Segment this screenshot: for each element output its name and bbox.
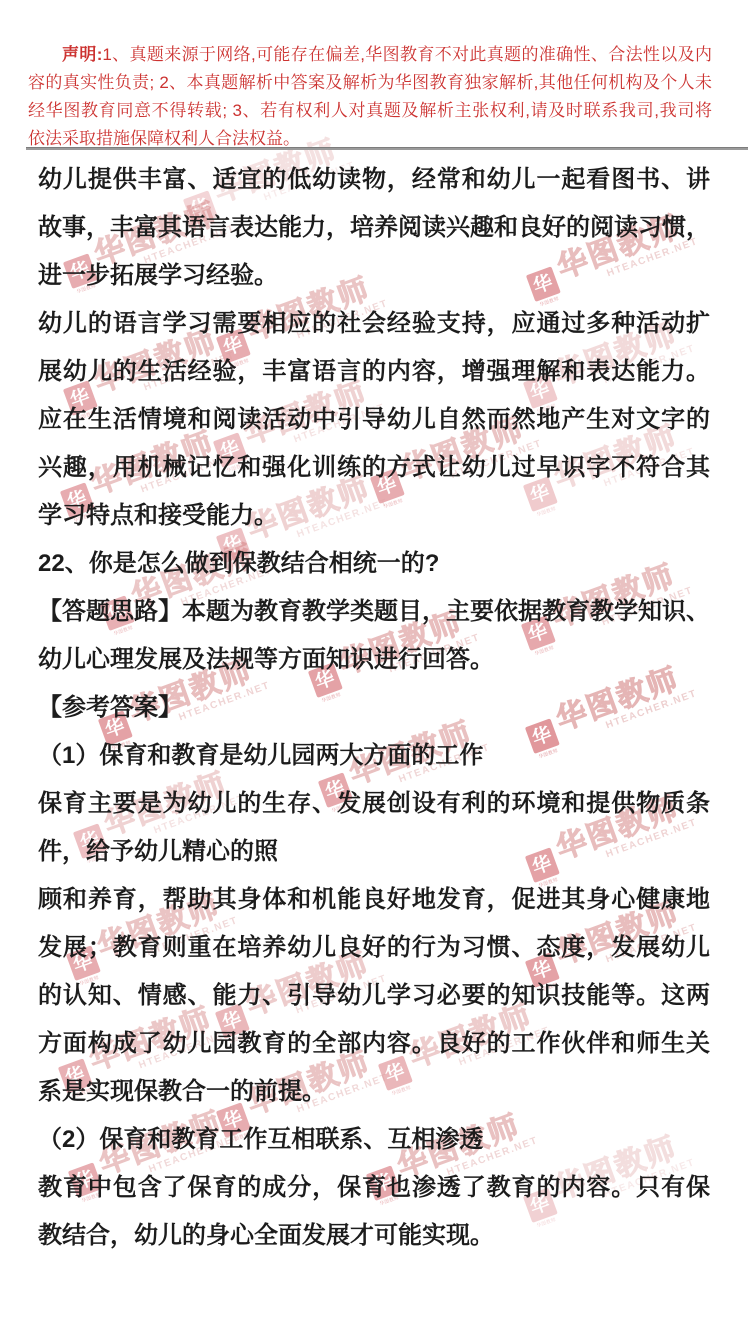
document-line: 方面构成了幼儿园教育的全部内容。良好的工作伙伴和师生关: [38, 1020, 710, 1068]
document-line: 展幼儿的生活经验，丰富语言的内容，增强理解和表达能力。: [38, 348, 710, 396]
document-line: 故事，丰富其语言表达能力，培养阅读兴趣和良好的阅读习惯，: [38, 204, 710, 252]
document-line: （1）保育和教育是幼儿园两大方面的工作: [38, 732, 710, 780]
document-line: （2）保育和教育工作互相联系、互相渗透: [38, 1116, 710, 1164]
disclaimer-block: 声明:1、真题来源于网络,可能存在偏差,华图教育不对此真题的准确性、合法性以及内…: [28, 41, 712, 153]
disclaimer-line: 容的真实性负责; 2、本真题解析中答案及解析为华图教育独家解析,其他任何机构及个…: [28, 69, 712, 97]
disclaimer-line: 经华图教育同意不得转载; 3、若有权利人对真题及解析主张权利,请及时联系我司,我…: [28, 97, 712, 125]
document-line: 系是实现保教合一的前提。: [38, 1068, 710, 1116]
document-line: 幼儿提供丰富、适宜的低幼读物，经常和幼儿一起看图书、讲: [38, 156, 710, 204]
document-line: 保育主要是为幼儿的生存、发展创设有利的环境和提供物质条: [38, 780, 710, 828]
document-line: 【答题思路】本题为教育教学类题目，主要依据教育教学知识、: [38, 588, 710, 636]
document-body: 幼儿提供丰富、适宜的低幼读物，经常和幼儿一起看图书、讲故事，丰富其语言表达能力，…: [38, 156, 710, 1260]
document-line: 22、你是怎么做到保教结合相统一的?: [38, 540, 710, 588]
document-line: 教结合，幼儿的身心全面发展才可能实现。: [38, 1212, 710, 1260]
document-line: 的认知、情感、能力、引导幼儿学习必要的知识技能等。这两: [38, 972, 710, 1020]
document-line: 幼儿心理发展及法规等方面知识进行回答。: [38, 636, 710, 684]
document-line: 教育中包含了保育的成分，保育也渗透了教育的内容。只有保: [38, 1164, 710, 1212]
document-line: 幼儿的语言学习需要相应的社会经验支持，应通过多种活动扩: [38, 300, 710, 348]
document-line: 顾和养育，帮助其身体和机能良好地发育，促进其身心健康地: [38, 876, 710, 924]
disclaimer-label: 声明:: [62, 45, 102, 64]
scanned-document-page: 华华图教师华图教师HTEACHER.NET华华图教师华图教师HTEACHER.N…: [0, 0, 748, 1335]
document-line: 件，给予幼儿精心的照: [38, 828, 710, 876]
document-line: 兴趣，用机械记忆和强化训练的方式让幼儿过早识字不符合其: [38, 444, 710, 492]
document-line: 学习特点和接受能力。: [38, 492, 710, 540]
document-line: 进一步拓展学习经验。: [38, 252, 710, 300]
document-line: 应在生活情境和阅读活动中引导幼儿自然而然地产生对文字的: [38, 396, 710, 444]
document-line: 发展；教育则重在培养幼儿良好的行为习惯、态度，发展幼儿: [38, 924, 710, 972]
divider-line: [26, 147, 748, 150]
document-line: 【参考答案】: [38, 684, 710, 732]
disclaimer-line: 声明:1、真题来源于网络,可能存在偏差,华图教育不对此真题的准确性、合法性以及内: [28, 41, 712, 69]
